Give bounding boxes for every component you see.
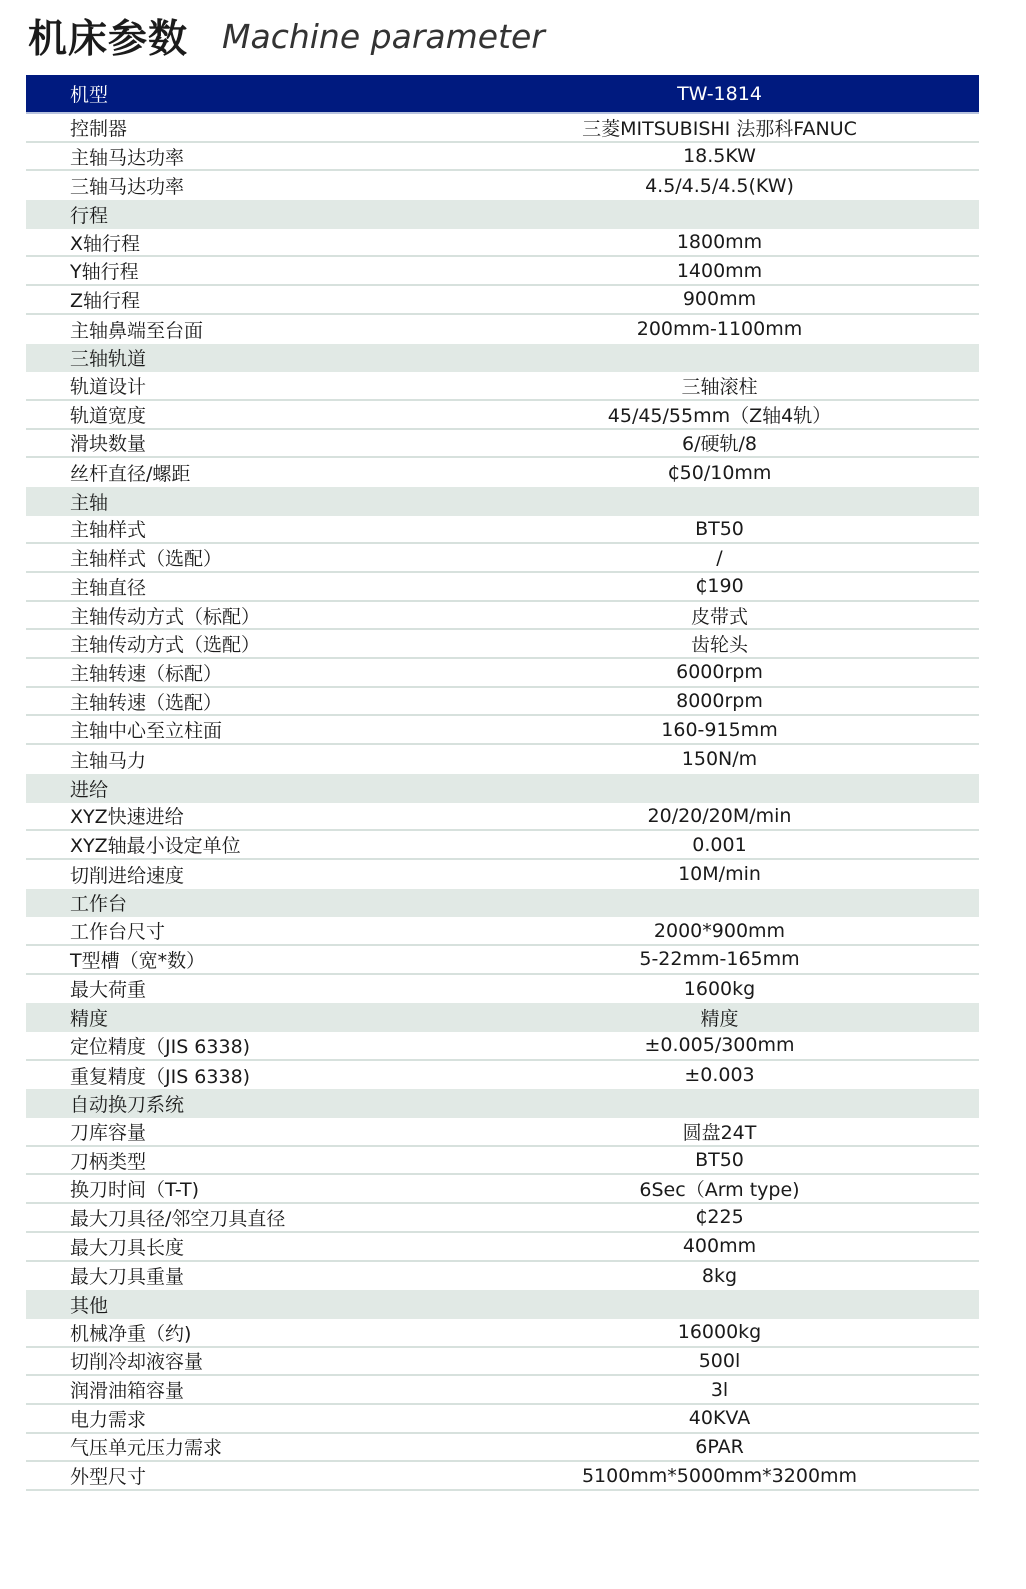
page-title: 机床参数 Machine parameter (28, 8, 545, 64)
row-label: 润滑油箱容量 (70, 1376, 510, 1403)
table-row: 重复精度（JIS 6338)±0.003 (26, 1061, 979, 1090)
table-row: 外型尺寸5100mm*5000mm*3200mm (26, 1462, 979, 1491)
section-row: 三轴轨道 (26, 344, 979, 373)
row-label: 主轴转速（标配） (70, 659, 510, 686)
row-value: 8000rpm (510, 690, 979, 712)
section-row: 自动换刀系统 (26, 1089, 979, 1118)
row-value: ±0.003 (510, 1064, 979, 1086)
row-label: XYZ快速进给 (70, 802, 510, 829)
table-row: 主轴马达功率18.5KW (26, 143, 979, 172)
section-row: 行程 (26, 200, 979, 229)
table-row: 控制器三菱MITSUBISHI 法那科FANUC (26, 114, 979, 143)
section-row: 进给 (26, 774, 979, 803)
row-value: 16000kg (510, 1321, 979, 1343)
table-row: Y轴行程1400mm (26, 257, 979, 286)
row-value: 3l (510, 1379, 979, 1401)
row-value: 1800mm (510, 231, 979, 253)
row-label: 主轴传动方式（标配） (70, 602, 510, 629)
table-row: T型槽（宽*数）5-22mm-165mm (26, 946, 979, 975)
row-label: XYZ轴最小设定单位 (70, 831, 510, 858)
table-row: 定位精度（JIS 6338)±0.005/300mm (26, 1032, 979, 1061)
row-value: 6000rpm (510, 661, 979, 683)
row-label: 进给 (70, 775, 510, 802)
row-label: 工作台 (70, 889, 510, 916)
table-row: 气压单元压力需求6PAR (26, 1434, 979, 1463)
row-value: 6/硬轨/8 (510, 429, 979, 456)
row-value: 5100mm*5000mm*3200mm (510, 1465, 979, 1487)
row-label: 刀库容量 (70, 1118, 510, 1145)
table-row: 主轴鼻端至台面200mm-1100mm (26, 315, 979, 344)
row-label: Z轴行程 (70, 286, 510, 313)
row-label: 主轴中心至立柱面 (70, 716, 510, 743)
row-value: 1400mm (510, 260, 979, 282)
table-row: 主轴直径₵190 (26, 573, 979, 602)
row-label: 行程 (70, 201, 510, 228)
header-model: TW-1814 (510, 83, 979, 105)
table-row: 主轴中心至立柱面160-915mm (26, 716, 979, 745)
table-row: 润滑油箱容量3l (26, 1376, 979, 1405)
row-value: 6PAR (510, 1436, 979, 1458)
section-row: 精度精度 (26, 1003, 979, 1032)
row-value: 圆盘24T (510, 1118, 979, 1145)
title-english: Machine parameter (222, 17, 545, 56)
row-label: 自动换刀系统 (70, 1090, 510, 1117)
table-row: 主轴样式（选配）/ (26, 544, 979, 573)
row-label: 主轴 (70, 488, 510, 515)
row-label: 轨道设计 (70, 372, 510, 399)
section-row: 其他 (26, 1290, 979, 1319)
title-chinese: 机床参数 (28, 8, 188, 64)
row-value: 三菱MITSUBISHI 法那科FANUC (510, 114, 979, 141)
row-label: 主轴传动方式（选配） (70, 630, 510, 657)
row-label: 工作台尺寸 (70, 917, 510, 944)
table-row: 轨道设计三轴滚柱 (26, 372, 979, 401)
section-row: 主轴 (26, 487, 979, 516)
row-value: 4.5/4.5/4.5(KW) (510, 175, 979, 197)
row-value: 18.5KW (510, 145, 979, 167)
row-label: 换刀时间（T-T) (70, 1175, 510, 1202)
table-row: 最大刀具长度400mm (26, 1233, 979, 1262)
table-row: 主轴马力150N/m (26, 745, 979, 774)
row-label: 主轴马达功率 (70, 143, 510, 170)
row-label: 主轴样式（选配） (70, 544, 510, 571)
row-label: 电力需求 (70, 1405, 510, 1432)
table-header: 机型 TW-1814 (26, 75, 979, 114)
row-label: 轨道宽度 (70, 401, 510, 428)
row-label: 滑块数量 (70, 429, 510, 456)
row-value: BT50 (510, 518, 979, 540)
table-row: 切削冷却液容量500l (26, 1348, 979, 1377)
row-label: 其他 (70, 1291, 510, 1318)
table-row: 丝杆直径/螺距₵50/10mm (26, 458, 979, 487)
row-label: 切削冷却液容量 (70, 1347, 510, 1374)
row-value: 40KVA (510, 1407, 979, 1429)
row-label: Y轴行程 (70, 257, 510, 284)
table-row: 主轴传动方式（标配）皮带式 (26, 602, 979, 631)
row-value: 5-22mm-165mm (510, 948, 979, 970)
row-value: BT50 (510, 1149, 979, 1171)
row-label: 重复精度（JIS 6338) (70, 1062, 510, 1089)
row-label: 三轴轨道 (70, 344, 510, 371)
table-row: 滑块数量6/硬轨/8 (26, 430, 979, 459)
section-row: 工作台 (26, 889, 979, 918)
row-value: 8kg (510, 1265, 979, 1287)
row-value: 200mm-1100mm (510, 318, 979, 340)
row-value: 三轴滚柱 (510, 372, 979, 399)
row-label: 机械净重（约) (70, 1319, 510, 1346)
table-row: 最大刀具重量8kg (26, 1262, 979, 1291)
row-label: 最大荷重 (70, 975, 510, 1002)
table-row: XYZ快速进给20/20/20M/min (26, 803, 979, 832)
row-value: 400mm (510, 1235, 979, 1257)
row-label: 主轴鼻端至台面 (70, 316, 510, 343)
row-value: 10M/min (510, 863, 979, 885)
row-label: 丝杆直径/螺距 (70, 459, 510, 486)
row-label: 最大刀具径/邻空刀具直径 (70, 1204, 510, 1231)
row-value: 1600kg (510, 978, 979, 1000)
row-label: 主轴直径 (70, 573, 510, 600)
row-value: ±0.005/300mm (510, 1034, 979, 1056)
row-label: 气压单元压力需求 (70, 1433, 510, 1460)
row-value: 齿轮头 (510, 630, 979, 657)
table-row: XYZ轴最小设定单位0.001 (26, 831, 979, 860)
row-label: 主轴转速（选配） (70, 688, 510, 715)
table-row: Z轴行程900mm (26, 286, 979, 315)
table-row: 主轴传动方式（选配）齿轮头 (26, 630, 979, 659)
table-row: 最大刀具径/邻空刀具直径₵225 (26, 1204, 979, 1233)
row-value: 500l (510, 1350, 979, 1372)
table-row: 主轴转速（选配）8000rpm (26, 688, 979, 717)
table-row: 换刀时间（T-T)6Sec（Arm type) (26, 1175, 979, 1204)
row-label: T型槽（宽*数） (70, 946, 510, 973)
table-row: 切削进给速度10M/min (26, 860, 979, 889)
header-label: 机型 (70, 80, 510, 107)
row-label: 主轴样式 (70, 515, 510, 542)
row-label: 最大刀具长度 (70, 1233, 510, 1260)
row-value: 45/45/55mm（Z轴4轨） (510, 401, 979, 428)
row-value: ₵190 (510, 575, 979, 597)
row-value: 900mm (510, 288, 979, 310)
table-row: X轴行程1800mm (26, 229, 979, 258)
table-row: 主轴转速（标配）6000rpm (26, 659, 979, 688)
row-value: 2000*900mm (510, 920, 979, 942)
table-row: 刀柄类型BT50 (26, 1147, 979, 1176)
row-label: 切削进给速度 (70, 861, 510, 888)
row-label: 控制器 (70, 114, 510, 141)
table-row: 主轴样式BT50 (26, 516, 979, 545)
row-value: 0.001 (510, 834, 979, 856)
table-row: 工作台尺寸2000*900mm (26, 917, 979, 946)
row-value: 精度 (510, 1004, 979, 1031)
row-label: 外型尺寸 (70, 1462, 510, 1489)
row-value: 皮带式 (510, 602, 979, 629)
row-label: 精度 (70, 1004, 510, 1031)
row-label: 三轴马达功率 (70, 172, 510, 199)
table-row: 三轴马达功率4.5/4.5/4.5(KW) (26, 171, 979, 200)
row-label: 定位精度（JIS 6338) (70, 1032, 510, 1059)
table-row: 电力需求40KVA (26, 1405, 979, 1434)
machine-parameter-table: 机型 TW-1814 控制器三菱MITSUBISHI 法那科FANUC主轴马达功… (26, 75, 979, 1491)
table-body: 控制器三菱MITSUBISHI 法那科FANUC主轴马达功率18.5KW三轴马达… (26, 114, 979, 1491)
row-label: 刀柄类型 (70, 1147, 510, 1174)
row-label: 最大刀具重量 (70, 1262, 510, 1289)
row-label: 主轴马力 (70, 746, 510, 773)
row-value: 6Sec（Arm type) (510, 1175, 979, 1202)
row-value: 150N/m (510, 748, 979, 770)
row-value: 160-915mm (510, 719, 979, 741)
row-value: ₵225 (510, 1206, 979, 1228)
row-value: ₵50/10mm (510, 462, 979, 484)
table-row: 轨道宽度45/45/55mm（Z轴4轨） (26, 401, 979, 430)
row-value: 20/20/20M/min (510, 805, 979, 827)
row-label: X轴行程 (70, 229, 510, 256)
table-row: 机械净重（约)16000kg (26, 1319, 979, 1348)
table-row: 刀库容量圆盘24T (26, 1118, 979, 1147)
table-row: 最大荷重1600kg (26, 975, 979, 1004)
row-value: / (510, 547, 979, 569)
